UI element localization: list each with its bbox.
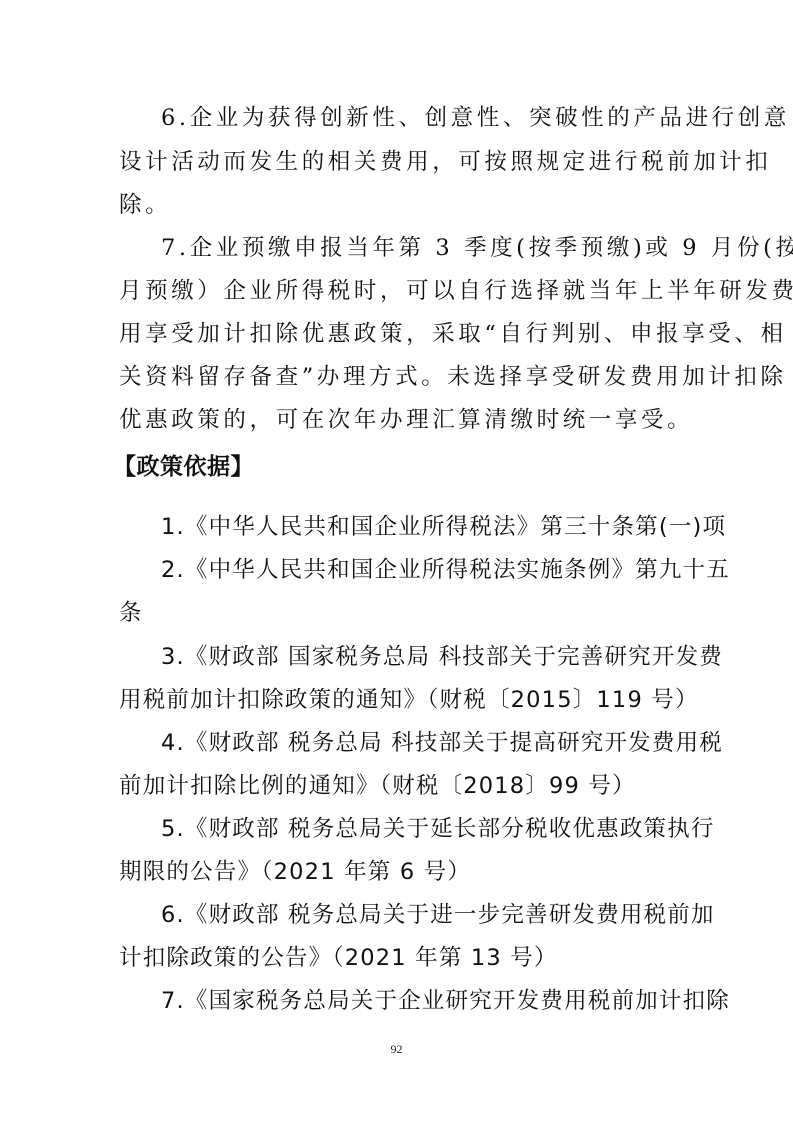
policy-basis-item: 7.《国家税务总局关于企业研究开发费用税前加计扣除	[161, 986, 730, 1016]
paragraph-line: 关资料留存备查”办理方式。未选择享受研发费用加计扣除	[119, 362, 787, 392]
policy-basis-item: 3.《财政部 国家税务总局 科技部关于完善研究开发费	[161, 642, 723, 672]
paragraph-line: 用享受加计扣除优惠政策，采取“自行判别、申报享受、相	[119, 319, 787, 349]
paragraph-line: 6.企业为获得创新性、创意性、突破性的产品进行创意	[161, 103, 790, 133]
policy-basis-item: 2.《中华人民共和国企业所得税法实施条例》第九十五	[161, 555, 730, 585]
policy-basis-item: 6.《财政部 税务总局关于进一步完善研发费用税前加	[161, 900, 715, 930]
paragraph-line: 优惠政策的，可在次年办理汇算清缴时统一享受。	[119, 405, 693, 435]
section-heading: 【政策依据】	[113, 452, 254, 482]
paragraph-line: 月预缴）企业所得税时，可以自行选择就当年上半年研发费	[119, 276, 793, 306]
policy-basis-item-continuation: 用税前加计扣除政策的通知》（财税〔2015〕119 号）	[119, 685, 699, 715]
policy-basis-item-continuation: 条	[119, 598, 143, 628]
document-page: 6.企业为获得创新性、创意性、突破性的产品进行创意 设计活动而发生的相关费用，可…	[0, 0, 793, 1122]
paragraph-line: 设计活动而发生的相关费用，可按照规定进行税前加计扣	[119, 147, 772, 177]
policy-basis-item: 1.《中华人民共和国企业所得税法》第三十条第(一)项	[161, 512, 726, 542]
page-number: 92	[0, 1042, 793, 1057]
paragraph-line: 7.企业预缴申报当年第 3 季度(按季预缴)或 9 月份(按	[161, 233, 793, 263]
policy-basis-item-continuation: 期限的公告》（2021 年第 6 号）	[119, 857, 471, 887]
policy-basis-item-continuation: 计扣除政策的公告》（2021 年第 13 号）	[119, 943, 558, 973]
policy-basis-item-continuation: 前加计扣除比例的通知》（财税〔2018〕99 号）	[119, 771, 636, 801]
policy-basis-item: 4.《财政部 税务总局 科技部关于提高研究开发费用税	[161, 728, 723, 758]
paragraph-line: 除。	[119, 190, 171, 220]
policy-basis-item: 5.《财政部 税务总局关于延长部分税收优惠政策执行	[161, 814, 715, 844]
